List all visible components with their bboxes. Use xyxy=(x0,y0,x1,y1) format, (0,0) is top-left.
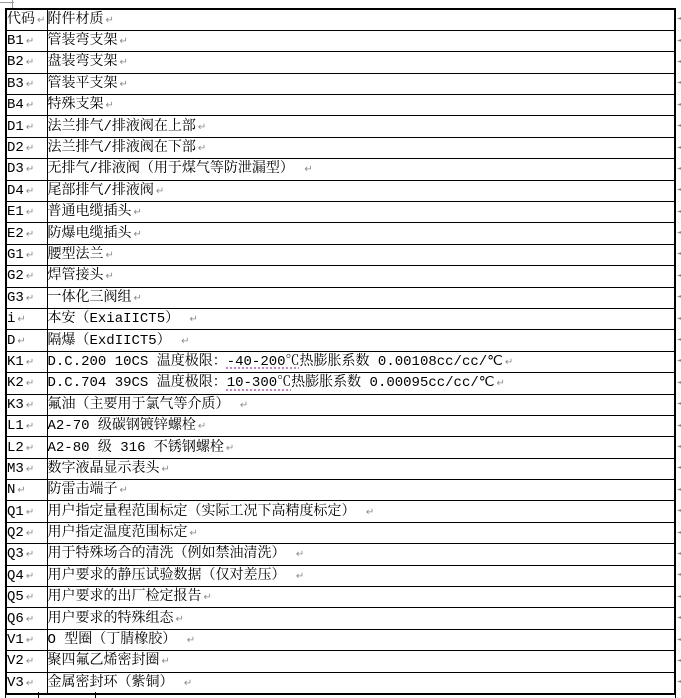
pilcrow-cell-end-mark: ↵ xyxy=(37,15,45,26)
row-end-mark: ◄ xyxy=(677,350,681,371)
code-cell[interactable]: D1↵ xyxy=(6,116,47,137)
row-end-mark: ◄ xyxy=(677,29,681,50)
pilcrow-cell-end-mark: ↵ xyxy=(17,336,25,347)
table-row: M3↵数字液晶显示表头↵ xyxy=(6,458,675,479)
code-cell[interactable]: K2↵ xyxy=(6,373,47,394)
pilcrow-cell-end-mark: ↵ xyxy=(187,635,195,646)
material-text: D.C.704 39CS 温度极限： xyxy=(48,375,227,391)
material-text: 管装平支架 xyxy=(48,76,118,92)
material-text: 焊管接头 xyxy=(48,268,104,284)
table-row: B4↵特殊支架↵ xyxy=(6,95,675,116)
row-end-mark: ◄ xyxy=(677,51,681,72)
table-row: K1↵D.C.200 10CS 温度极限：-40-200℃热膨胀系数 0.001… xyxy=(6,351,675,372)
row-end-mark: ◄ xyxy=(677,372,681,393)
material-text: A2-80 级 316 不锈钢螺栓 xyxy=(48,440,224,456)
table-row: D4↵尾部排气/排液阀↵ xyxy=(6,180,675,201)
code-cell[interactable]: L2↵ xyxy=(6,437,47,458)
code-text: D3 xyxy=(7,161,24,177)
material-cell[interactable]: D.C.200 10CS 温度极限：-40-200℃热膨胀系数 0.00108c… xyxy=(47,351,675,372)
table-row: B2↵盘装弯支架↵ xyxy=(6,52,675,73)
row-end-mark: ◄ xyxy=(677,222,681,243)
table-row: Q3↵用于特殊场合的清洗（例如禁油清洗） ↵ xyxy=(6,544,675,565)
row-end-mark: ◄ xyxy=(677,414,681,435)
material-cell[interactable]: 用户要求的特殊组态↵ xyxy=(47,608,675,629)
table-row: Q5↵用户要求的出厂检定报告↵ xyxy=(6,587,675,608)
row-end-mark: ◄ xyxy=(677,307,681,328)
row-end-mark: ◄ xyxy=(677,8,681,29)
material-text: 腰型法兰 xyxy=(48,247,104,263)
pilcrow-cell-end-mark: ↵ xyxy=(26,678,34,689)
code-cell[interactable]: Q6↵ xyxy=(6,608,47,629)
pilcrow-cell-end-mark: ↵ xyxy=(120,36,128,47)
row-end-mark: ◄ xyxy=(677,500,681,521)
code-cell[interactable]: M3↵ xyxy=(6,458,47,479)
pilcrow-cell-end-mark: ↵ xyxy=(190,314,198,325)
code-cell[interactable]: Q3↵ xyxy=(6,544,47,565)
material-text: 管装弯支架 xyxy=(48,33,118,49)
pilcrow-cell-end-mark: ↵ xyxy=(296,549,304,560)
pilcrow-cell-end-mark: ↵ xyxy=(26,293,34,304)
code-cell[interactable]: G1↵ xyxy=(6,244,47,265)
pilcrow-cell-end-mark: ↵ xyxy=(26,571,34,582)
row-end-mark: ◄ xyxy=(677,543,681,564)
pilcrow-cell-end-mark: ↵ xyxy=(26,271,34,282)
code-text: V3 xyxy=(7,675,24,691)
code-text: Q3 xyxy=(7,546,24,562)
row-end-mark: ◄ xyxy=(677,393,681,414)
pilcrow-cell-end-mark: ↵ xyxy=(26,186,34,197)
code-text: Q5 xyxy=(7,589,24,605)
code-text: D4 xyxy=(7,183,24,199)
code-text: K3 xyxy=(7,397,24,413)
code-text: Q6 xyxy=(7,611,24,627)
code-cell[interactable]: L1↵ xyxy=(6,415,47,436)
code-cell[interactable]: G3↵ xyxy=(6,287,47,308)
code-cell[interactable]: Q5↵ xyxy=(6,587,47,608)
material-text: 无排气/排液阀（用于煤气等防泄漏型） xyxy=(48,161,303,177)
row-end-mark: ◄ xyxy=(677,158,681,179)
table-row: B1↵管装弯支架↵ xyxy=(6,30,675,51)
material-text: 金属密封环（紫铜） xyxy=(48,675,182,691)
material-text: 隔爆（ExdIICT5） xyxy=(48,333,180,349)
material-column-header[interactable]: 附件材质↵ xyxy=(47,9,675,30)
table-row: L1↵A2-70 级碳钢镀锌螺栓↵ xyxy=(6,415,675,436)
material-text: 法兰排气/排液阀在上部 xyxy=(48,119,196,135)
code-cell[interactable]: D4↵ xyxy=(6,180,47,201)
pilcrow-cell-end-mark: ↵ xyxy=(26,400,34,411)
code-text: E2 xyxy=(7,226,24,242)
code-cell[interactable]: G2↵ xyxy=(6,266,47,287)
table-row: K2↵D.C.704 39CS 温度极限：10-300℃热膨胀系数 0.0009… xyxy=(6,373,675,394)
row-end-mark: ◄ xyxy=(677,201,681,222)
pilcrow-cell-end-mark: ↵ xyxy=(198,421,206,432)
row-end-mark: ◄ xyxy=(677,479,681,500)
material-cell[interactable]: 防雷击端子↵ xyxy=(47,480,675,501)
code-text: G2 xyxy=(7,268,24,284)
code-text: L1 xyxy=(7,418,24,434)
row-end-mark: ◄ xyxy=(677,243,681,264)
pilcrow-cell-end-mark: ↵ xyxy=(204,592,212,603)
material-cell[interactable]: 焊管接头↵ xyxy=(47,266,675,287)
table-body: B1↵管装弯支架↵B2↵盘装弯支架↵B3↵管装平支架↵B4↵特殊支架↵D1↵法兰… xyxy=(6,30,675,693)
row-end-mark: ◄ xyxy=(677,564,681,585)
code-text: M3 xyxy=(7,461,24,477)
code-cell[interactable]: B2↵ xyxy=(6,52,47,73)
code-cell[interactable]: E2↵ xyxy=(6,223,47,244)
code-text: L2 xyxy=(7,440,24,456)
material-text: 用户要求的静压试验数据（仅对差压） xyxy=(48,568,294,584)
material-cell[interactable]: 聚四氟乙烯密封圈↵ xyxy=(47,651,675,672)
next-row-border-stub xyxy=(675,692,676,698)
material-cell[interactable]: 腰型法兰↵ xyxy=(47,244,675,265)
material-cell[interactable]: 氟油（主要用于氯气等介质） ↵ xyxy=(47,394,675,415)
material-text: D.C.200 10CS 温度极限： xyxy=(48,354,227,370)
material-text: 尾部排气/排液阀 xyxy=(48,183,154,199)
code-text: N xyxy=(7,482,15,498)
pilcrow-cell-end-mark: ↵ xyxy=(120,485,128,496)
next-row-border-stub xyxy=(38,692,39,698)
material-text: 聚四氟乙烯密封圈 xyxy=(48,653,160,669)
table-row: B3↵管装平支架↵ xyxy=(6,73,675,94)
table-row: G2↵焊管接头↵ xyxy=(6,266,675,287)
material-cell[interactable]: 尾部排气/排液阀↵ xyxy=(47,180,675,201)
material-cell[interactable]: 法兰排气/排液阀在上部↵ xyxy=(47,116,675,137)
pilcrow-cell-end-mark: ↵ xyxy=(240,400,248,411)
pilcrow-cell-end-mark: ↵ xyxy=(190,528,198,539)
pilcrow-cell-end-mark: ↵ xyxy=(26,122,34,133)
table-row: V3↵金属密封环（紫铜） ↵ xyxy=(6,672,675,693)
row-end-mark: ◄ xyxy=(677,115,681,136)
code-header-label: 代码 xyxy=(7,12,35,28)
pilcrow-cell-end-mark: ↵ xyxy=(162,464,170,475)
code-text: G3 xyxy=(7,290,24,306)
row-end-mark: ◄ xyxy=(677,136,681,157)
pilcrow-cell-end-mark: ↵ xyxy=(120,57,128,68)
pilcrow-cell-end-mark: ↵ xyxy=(26,592,34,603)
code-cell[interactable]: N↵ xyxy=(6,480,47,501)
code-text: D1 xyxy=(7,119,24,135)
material-cell[interactable]: 普通电缆插头↵ xyxy=(47,202,675,223)
table-row: D1↵法兰排气/排液阀在上部↵ xyxy=(6,116,675,137)
table-row: i↵本安（ExiaIICT5） ↵ xyxy=(6,308,675,329)
table-row: E2↵防爆电缆插头↵ xyxy=(6,223,675,244)
material-text: 防爆电缆插头 xyxy=(48,226,132,242)
material-cell[interactable]: 特殊支架↵ xyxy=(47,95,675,116)
material-text: 一体化三阀组 xyxy=(48,290,132,306)
material-cell[interactable]: 数字液晶显示表头↵ xyxy=(47,458,675,479)
code-cell[interactable]: Q4↵ xyxy=(6,565,47,586)
code-cell[interactable]: Q2↵ xyxy=(6,522,47,543)
table-row: G3↵一体化三阀组↵ xyxy=(6,287,675,308)
pilcrow-cell-end-mark: ↵ xyxy=(181,336,189,347)
row-end-mark: ◄ xyxy=(677,94,681,115)
pilcrow-cell-end-mark: ↵ xyxy=(26,635,34,646)
code-text: V1 xyxy=(7,632,24,648)
code-text: B1 xyxy=(7,33,24,49)
code-text: K2 xyxy=(7,375,24,391)
pilcrow-cell-end-mark: ↵ xyxy=(134,229,142,240)
row-end-mark: ◄ xyxy=(677,265,681,286)
material-cell[interactable]: 管装弯支架↵ xyxy=(47,30,675,51)
pilcrow-cell-end-mark: ↵ xyxy=(198,143,206,154)
row-end-mark: ◄ xyxy=(677,586,681,607)
table-row: K3↵氟油（主要用于氯气等介质） ↵ xyxy=(6,394,675,415)
table-row: D3↵无排气/排液阀（用于煤气等防泄漏型） ↵ xyxy=(6,159,675,180)
row-end-mark: ◄ xyxy=(677,628,681,649)
table-row: N↵防雷击端子↵ xyxy=(6,480,675,501)
row-end-mark: ◄ xyxy=(677,286,681,307)
material-cell[interactable]: 用户指定量程范围标定（实际工况下高精度标定） ↵ xyxy=(47,501,675,522)
code-text: Q4 xyxy=(7,568,24,584)
material-text: 特殊支架 xyxy=(48,97,104,113)
row-end-mark: ◄ xyxy=(677,179,681,200)
material-text: 普通电缆插头 xyxy=(48,204,132,220)
pilcrow-cell-end-mark: ↵ xyxy=(198,122,206,133)
code-cell[interactable]: V3↵ xyxy=(6,672,47,693)
row-end-markers: ◄◄◄◄◄◄◄◄◄◄◄◄◄◄◄◄◄◄◄◄◄◄◄◄◄◄◄◄◄◄◄◄ xyxy=(677,8,681,693)
code-cell[interactable]: B3↵ xyxy=(6,73,47,94)
code-cell[interactable]: Q1↵ xyxy=(6,501,47,522)
table-row: V1↵O 型圈（丁腈橡胶） ↵ xyxy=(6,629,675,650)
material-cell[interactable]: 用户指定温度范围标定↵ xyxy=(47,522,675,543)
material-text: 法兰排气/排液阀在下部 xyxy=(48,140,196,156)
material-header-label: 附件材质 xyxy=(48,12,104,28)
pilcrow-cell-end-mark: ↵ xyxy=(26,36,34,47)
material-cell[interactable]: 用于特殊场合的清洗（例如禁油清洗） ↵ xyxy=(47,544,675,565)
material-text: 盘装弯支架 xyxy=(48,54,118,70)
material-text: 用于特殊场合的清洗（例如禁油清洗） xyxy=(48,546,294,562)
pilcrow-cell-end-mark: ↵ xyxy=(176,614,184,625)
material-cell[interactable]: 用户要求的出厂检定报告↵ xyxy=(47,587,675,608)
table-row: E1↵普通电缆插头↵ xyxy=(6,202,675,223)
row-end-mark: ◄ xyxy=(677,457,681,478)
table-row: Q1↵用户指定量程范围标定（实际工况下高精度标定） ↵ xyxy=(6,501,675,522)
pilcrow-cell-end-mark: ↵ xyxy=(17,485,25,496)
table-header: 代码↵ 附件材质↵ xyxy=(6,9,675,30)
pilcrow-cell-end-mark: ↵ xyxy=(26,143,34,154)
pilcrow-cell-end-mark: ↵ xyxy=(26,164,34,175)
code-cell[interactable]: V1↵ xyxy=(6,629,47,650)
pilcrow-cell-end-mark: ↵ xyxy=(26,614,34,625)
material-text: 用户要求的特殊组态 xyxy=(48,611,174,627)
pilcrow-cell-end-mark: ↵ xyxy=(26,464,34,475)
code-cell[interactable]: K3↵ xyxy=(6,394,47,415)
code-text: B2 xyxy=(7,54,24,70)
code-text: K1 xyxy=(7,354,24,370)
material-cell[interactable]: 盘装弯支架↵ xyxy=(47,52,675,73)
pilcrow-cell-end-mark: ↵ xyxy=(26,250,34,261)
material-text: 热膨胀系数 0.00108cc/cc/℃ xyxy=(300,354,503,370)
pilcrow-cell-end-mark: ↵ xyxy=(106,15,114,26)
material-text: 本安（ExiaIICT5） xyxy=(48,311,188,327)
code-text: B4 xyxy=(7,97,24,113)
pilcrow-cell-end-mark: ↵ xyxy=(120,79,128,90)
material-text: 用户指定温度范围标定 xyxy=(48,525,188,541)
row-end-mark: ◄ xyxy=(677,521,681,542)
spellcheck-underlined-text: -40-200℃ xyxy=(227,354,300,370)
pilcrow-cell-end-mark: ↵ xyxy=(26,443,34,454)
table-move-handle-fragment xyxy=(12,0,13,8)
pilcrow-cell-end-mark: ↵ xyxy=(366,507,374,518)
table-row: Q4↵用户要求的静压试验数据（仅对差压） ↵ xyxy=(6,565,675,586)
table-row: Q6↵用户要求的特殊组态↵ xyxy=(6,608,675,629)
row-end-mark: ◄ xyxy=(677,329,681,350)
material-cell[interactable]: 防爆电缆插头↵ xyxy=(47,223,675,244)
pilcrow-cell-end-mark: ↵ xyxy=(162,656,170,667)
row-end-mark: ◄ xyxy=(677,436,681,457)
pilcrow-cell-end-mark: ↵ xyxy=(106,100,114,111)
code-text: D xyxy=(7,333,15,349)
material-cell[interactable]: O 型圈（丁腈橡胶） ↵ xyxy=(47,629,675,650)
accessory-material-table: 代码↵ 附件材质↵ B1↵管装弯支架↵B2↵盘装弯支架↵B3↵管装平支架↵B4↵… xyxy=(5,8,676,695)
spellcheck-underlined-text: 10-300℃ xyxy=(227,375,291,391)
pilcrow-cell-end-mark: ↵ xyxy=(296,571,304,582)
material-text: A2-70 级碳钢镀锌螺栓 xyxy=(48,418,196,434)
code-text: V2 xyxy=(7,653,24,669)
material-cell[interactable]: 管装平支架↵ xyxy=(47,73,675,94)
code-cell[interactable]: V2↵ xyxy=(6,651,47,672)
pilcrow-cell-end-mark: ↵ xyxy=(26,357,34,368)
code-text: D2 xyxy=(7,140,24,156)
pilcrow-cell-end-mark: ↵ xyxy=(26,421,34,432)
material-cell[interactable]: 法兰排气/排液阀在下部↵ xyxy=(47,137,675,158)
pilcrow-cell-end-mark: ↵ xyxy=(134,293,142,304)
code-text: E1 xyxy=(7,204,24,220)
material-cell[interactable]: 用户要求的静压试验数据（仅对差压） ↵ xyxy=(47,565,675,586)
material-text: 用户指定量程范围标定（实际工况下高精度标定） xyxy=(48,504,364,520)
material-cell[interactable]: A2-80 级 316 不锈钢螺栓↵ xyxy=(47,437,675,458)
pilcrow-cell-end-mark: ↵ xyxy=(156,186,164,197)
material-cell[interactable]: A2-70 级碳钢镀锌螺栓↵ xyxy=(47,415,675,436)
material-text: 热膨胀系数 0.00095cc/cc/℃ xyxy=(291,375,494,391)
code-text: B3 xyxy=(7,76,24,92)
code-text: G1 xyxy=(7,247,24,263)
next-row-border-stub xyxy=(95,692,96,698)
row-end-mark: ◄ xyxy=(677,650,681,671)
pilcrow-cell-end-mark: ↵ xyxy=(226,443,234,454)
pilcrow-cell-end-mark: ↵ xyxy=(26,378,34,389)
pilcrow-cell-end-mark: ↵ xyxy=(106,250,114,261)
pilcrow-cell-end-mark: ↵ xyxy=(26,507,34,518)
pilcrow-cell-end-mark: ↵ xyxy=(26,100,34,111)
pilcrow-cell-end-mark: ↵ xyxy=(26,656,34,667)
table-row: G1↵腰型法兰↵ xyxy=(6,244,675,265)
code-cell[interactable]: E1↵ xyxy=(6,202,47,223)
material-text: 防雷击端子 xyxy=(48,482,118,498)
code-cell[interactable]: K1↵ xyxy=(6,351,47,372)
material-text: O 型圈（丁腈橡胶） xyxy=(48,632,185,648)
code-text: Q2 xyxy=(7,525,24,541)
code-cell[interactable]: D↵ xyxy=(6,330,47,351)
code-cell[interactable]: D3↵ xyxy=(6,159,47,180)
pilcrow-cell-end-mark: ↵ xyxy=(304,164,312,175)
table-row: V2↵聚四氟乙烯密封圈↵ xyxy=(6,651,675,672)
pilcrow-cell-end-mark: ↵ xyxy=(134,207,142,218)
material-text: 用户要求的出厂检定报告 xyxy=(48,589,202,605)
row-end-mark: ◄ xyxy=(677,607,681,628)
pilcrow-cell-end-mark: ↵ xyxy=(26,229,34,240)
code-cell[interactable]: i↵ xyxy=(6,308,47,329)
code-cell[interactable]: B4↵ xyxy=(6,95,47,116)
code-text: Q1 xyxy=(7,504,24,520)
pilcrow-cell-end-mark: ↵ xyxy=(184,678,192,689)
pilcrow-cell-end-mark: ↵ xyxy=(17,314,25,325)
code-text: i xyxy=(7,311,15,327)
table-row: Q2↵用户指定温度范围标定↵ xyxy=(6,522,675,543)
material-cell[interactable]: 隔爆（ExdIICT5） ↵ xyxy=(47,330,675,351)
header-row: 代码↵ 附件材质↵ xyxy=(6,9,675,30)
material-text: 数字液晶显示表头 xyxy=(48,461,160,477)
row-end-mark: ◄ xyxy=(677,72,681,93)
pilcrow-cell-end-mark: ↵ xyxy=(496,378,504,389)
material-cell[interactable]: 本安（ExiaIICT5） ↵ xyxy=(47,308,675,329)
pilcrow-cell-end-mark: ↵ xyxy=(26,57,34,68)
table-row: L2↵A2-80 级 316 不锈钢螺栓↵ xyxy=(6,437,675,458)
material-cell[interactable]: D.C.704 39CS 温度极限：10-300℃热膨胀系数 0.00095cc… xyxy=(47,373,675,394)
pilcrow-cell-end-mark: ↵ xyxy=(26,549,34,560)
material-text: 氟油（主要用于氯气等介质） xyxy=(48,397,238,413)
material-cell[interactable]: 一体化三阀组↵ xyxy=(47,287,675,308)
row-end-mark: ◄ xyxy=(677,671,681,692)
pilcrow-cell-end-mark: ↵ xyxy=(26,207,34,218)
code-cell[interactable]: D2↵ xyxy=(6,137,47,158)
pilcrow-cell-end-mark: ↵ xyxy=(26,528,34,539)
pilcrow-cell-end-mark: ↵ xyxy=(26,79,34,90)
material-cell[interactable]: 无排气/排液阀（用于煤气等防泄漏型） ↵ xyxy=(47,159,675,180)
material-cell[interactable]: 金属密封环（紫铜） ↵ xyxy=(47,672,675,693)
next-row-border-stub xyxy=(5,692,6,698)
table-row: D2↵法兰排气/排液阀在下部↵ xyxy=(6,137,675,158)
table-row: D↵隔爆（ExdIICT5） ↵ xyxy=(6,330,675,351)
code-cell[interactable]: B1↵ xyxy=(6,30,47,51)
code-column-header[interactable]: 代码↵ xyxy=(6,9,47,30)
pilcrow-cell-end-mark: ↵ xyxy=(106,271,114,282)
pilcrow-cell-end-mark: ↵ xyxy=(505,357,513,368)
